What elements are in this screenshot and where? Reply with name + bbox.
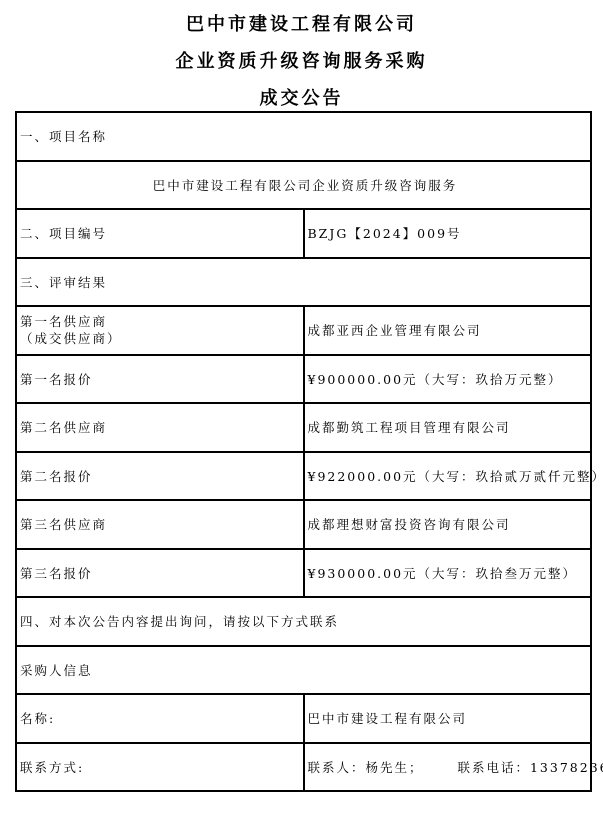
purchaser-name-value: 巴中市建设工程有限公司 <box>304 694 592 743</box>
table-row: 四、对本次公告内容提出询问，请按以下方式联系 <box>16 597 591 646</box>
document-title-line2: 企业资质升级咨询服务采购 <box>0 47 603 73</box>
purchaser-name-label: 名称: <box>16 694 304 743</box>
table-row: 第一名报价 ¥900000.00元（大写：玖拾万元整） <box>16 355 591 404</box>
first-supplier-label: 第一名供应商 （成交供应商） <box>16 306 304 355</box>
review-result-heading: 三、评审结果 <box>16 258 591 307</box>
second-price-label: 第二名报价 <box>16 452 304 501</box>
project-number-label: 二、项目编号 <box>16 209 304 258</box>
table-row: 采购人信息 <box>16 646 591 695</box>
table-row: 一、项目名称 <box>16 112 591 161</box>
first-price-value: ¥900000.00元（大写：玖拾万元整） <box>304 355 592 404</box>
third-supplier-value: 成都理想财富投资咨询有限公司 <box>304 500 592 549</box>
project-name-value: 巴中市建设工程有限公司企业资质升级咨询服务 <box>16 161 591 210</box>
table-row: 巴中市建设工程有限公司企业资质升级咨询服务 <box>16 161 591 210</box>
second-supplier-value: 成都勤筑工程项目管理有限公司 <box>304 403 592 452</box>
first-supplier-value: 成都亚西企业管理有限公司 <box>304 306 592 355</box>
table-row: 第三名报价 ¥930000.00元（大写：玖拾叁万元整） <box>16 549 591 598</box>
first-price-label: 第一名报价 <box>16 355 304 404</box>
table-row: 第二名报价 ¥922000.00元（大写：玖拾贰万贰仟元整） <box>16 452 591 501</box>
document-title-line1: 巴中市建设工程有限公司 <box>0 10 603 36</box>
first-supplier-label-main: 第一名供应商 <box>20 313 303 330</box>
contact-value: 联系人：杨先生； 联系电话：13378236611 <box>304 743 592 792</box>
table-row: 第三名供应商 成都理想财富投资咨询有限公司 <box>16 500 591 549</box>
table-row: 二、项目编号 BZJG【2024】009号 <box>16 209 591 258</box>
third-price-label: 第三名报价 <box>16 549 304 598</box>
table-row: 第二名供应商 成都勤筑工程项目管理有限公司 <box>16 403 591 452</box>
project-name-heading: 一、项目名称 <box>16 112 591 161</box>
purchaser-info-heading: 采购人信息 <box>16 646 591 695</box>
inquiry-heading: 四、对本次公告内容提出询问，请按以下方式联系 <box>16 597 591 646</box>
second-supplier-label: 第二名供应商 <box>16 403 304 452</box>
contact-label: 联系方式: <box>16 743 304 792</box>
project-number-value: BZJG【2024】009号 <box>304 209 592 258</box>
contact-person: 联系人：杨先生； <box>308 760 424 775</box>
table-row: 名称: 巴中市建设工程有限公司 <box>16 694 591 743</box>
third-price-value: ¥930000.00元（大写：玖拾叁万元整） <box>304 549 592 598</box>
table-row: 第一名供应商 （成交供应商） 成都亚西企业管理有限公司 <box>16 306 591 355</box>
third-supplier-label: 第三名供应商 <box>16 500 304 549</box>
second-price-value: ¥922000.00元（大写：玖拾贰万贰仟元整） <box>304 452 592 501</box>
table-row: 联系方式: 联系人：杨先生； 联系电话：13378236611 <box>16 743 591 792</box>
contact-phone: 联系电话：13378236611 <box>457 760 603 775</box>
announcement-table: 一、项目名称 巴中市建设工程有限公司企业资质升级咨询服务 二、项目编号 BZJG… <box>15 111 592 792</box>
document-title-line3: 成交公告 <box>0 84 603 110</box>
table-row: 三、评审结果 <box>16 258 591 307</box>
first-supplier-label-sub: （成交供应商） <box>20 330 303 347</box>
